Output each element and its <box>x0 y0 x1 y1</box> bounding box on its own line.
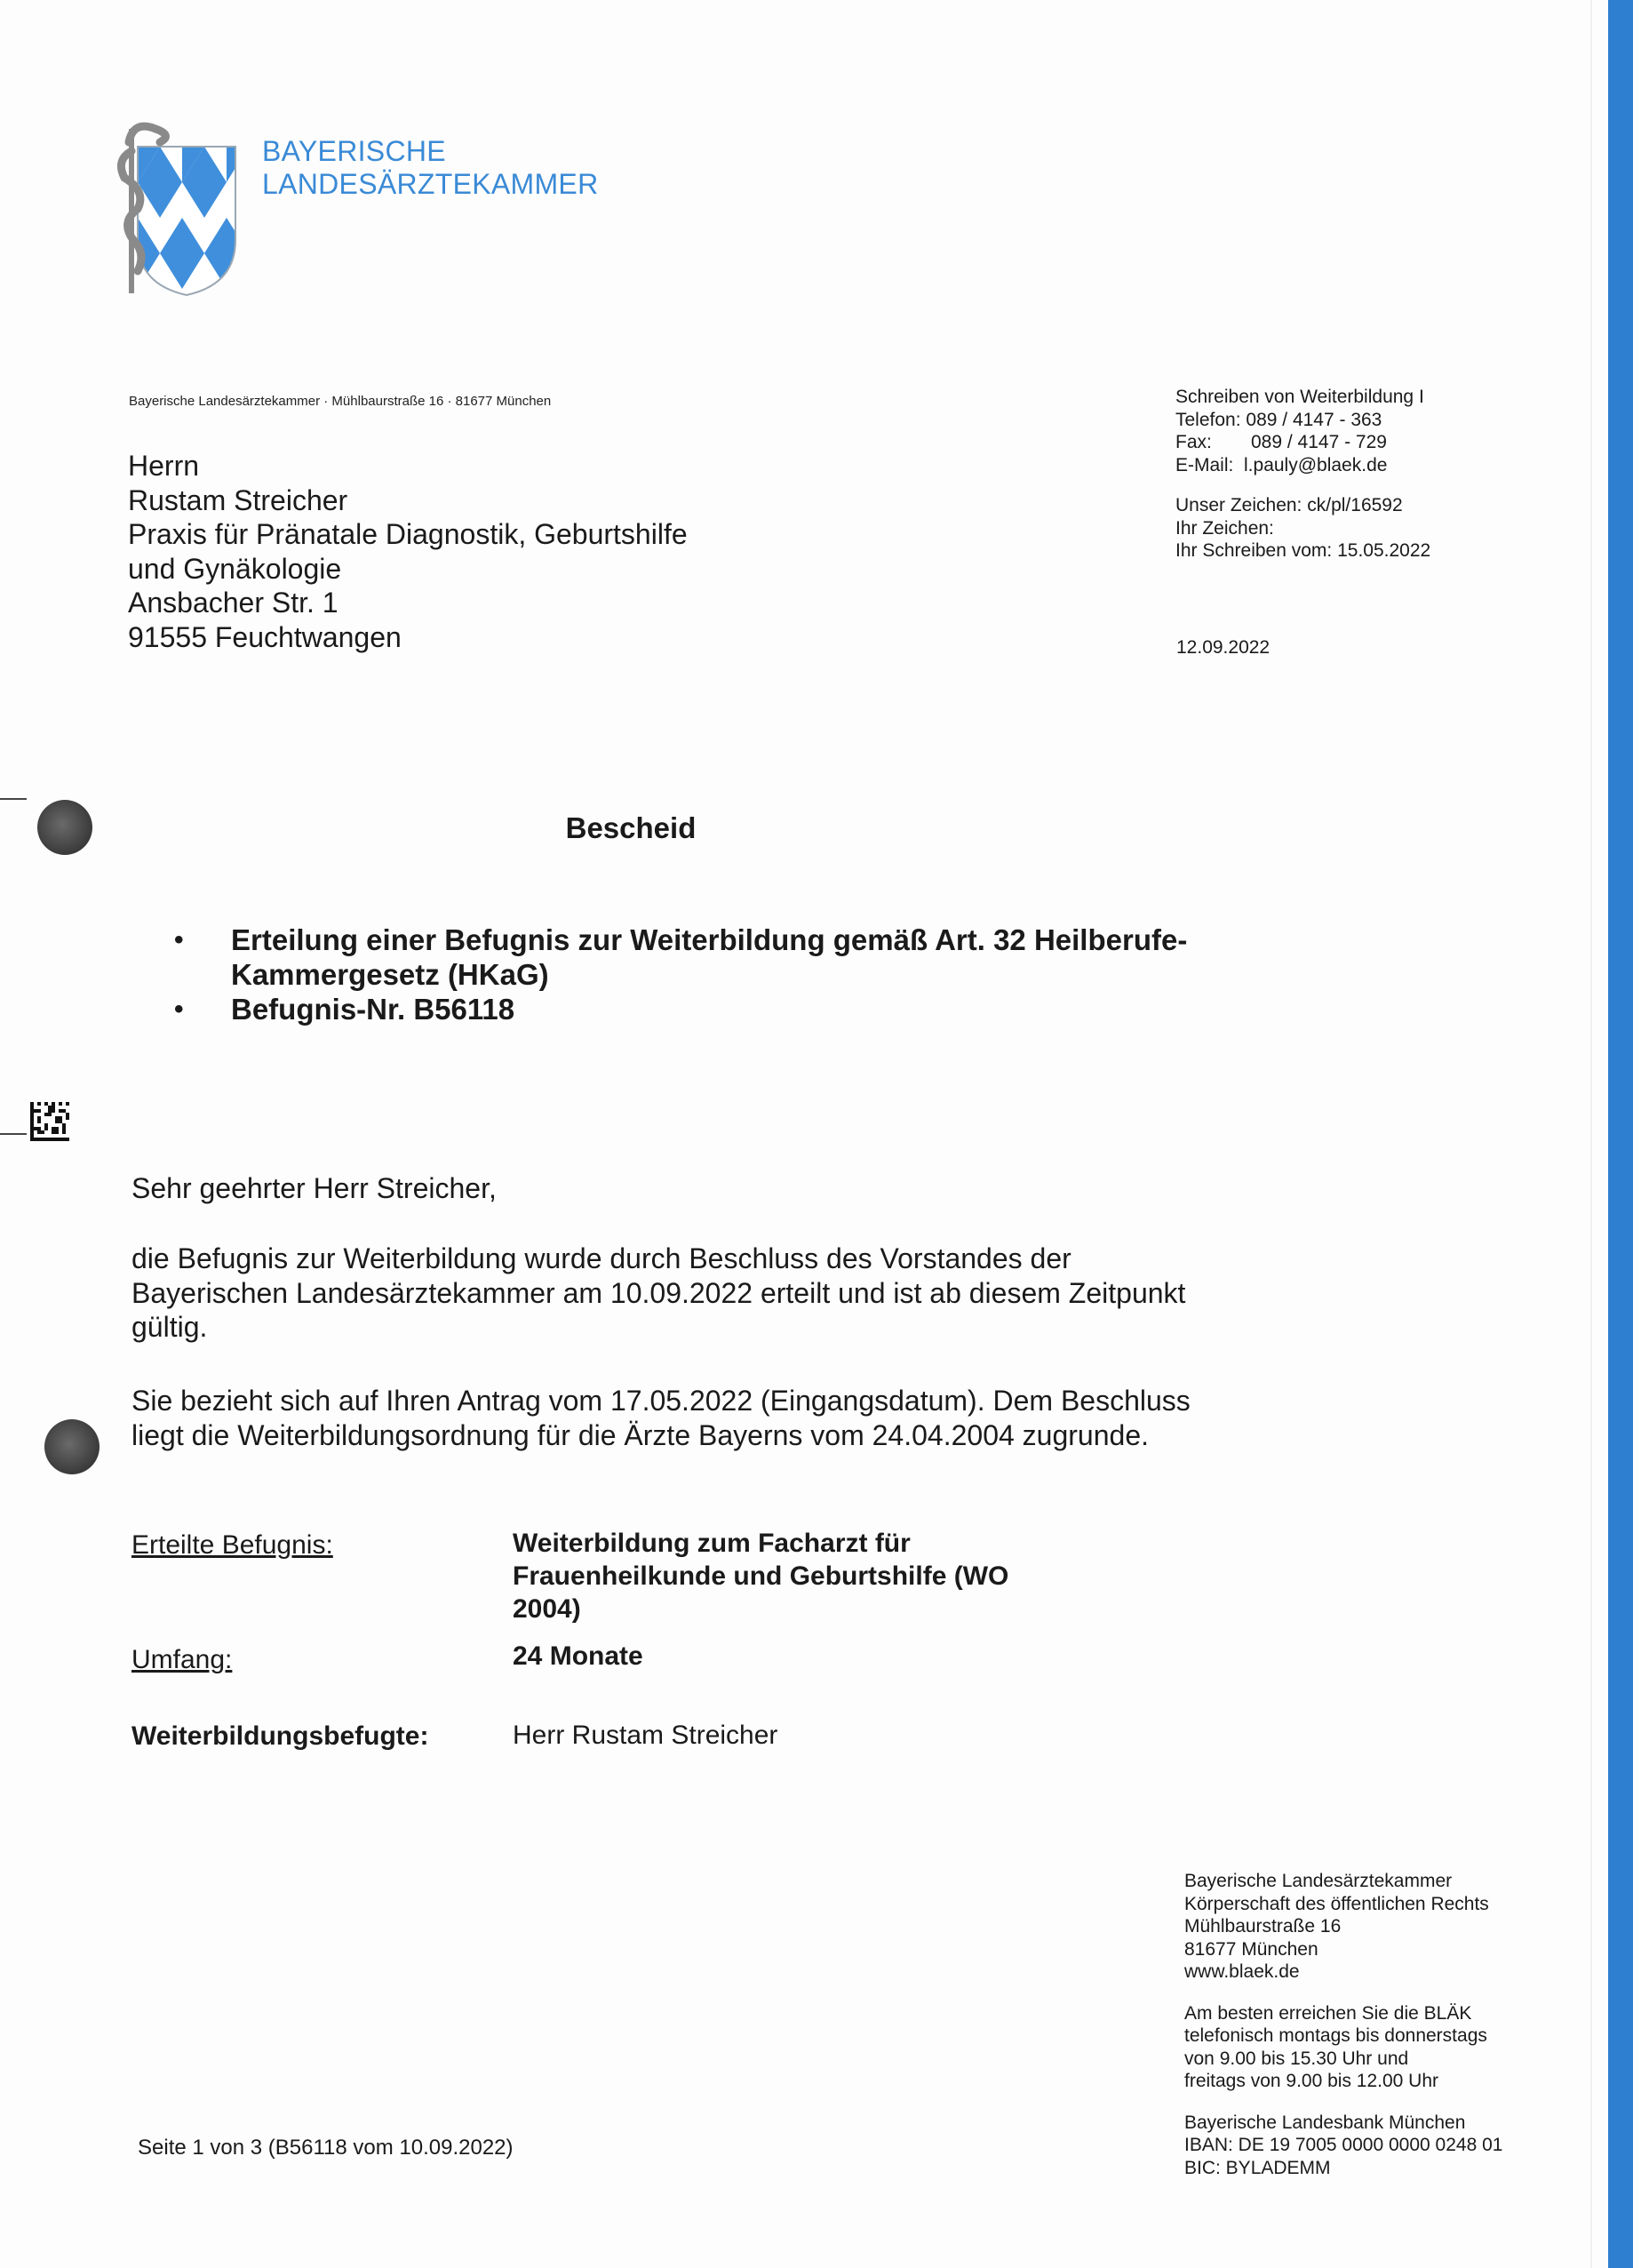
recipient-name: Rustam Streicher <box>128 483 688 518</box>
footer-org-name: Bayerische Landesärztekammer <box>1184 1870 1502 1893</box>
footer-website-link[interactable]: www.blaek.de <box>1184 1961 1502 1984</box>
detail-value: 24 Monate <box>513 1640 643 1673</box>
fax-value: 089 / 4147 - 729 <box>1251 432 1387 452</box>
footer-hours: freitags von 9.00 bis 12.00 Uhr <box>1184 2070 1502 2093</box>
org-name-line-1: BAYERISCHE <box>262 135 599 168</box>
detail-label: Umfang: <box>131 1645 232 1675</box>
body-paragraph: Sie bezieht sich auf Ihren Antrag vom 17… <box>131 1384 1198 1452</box>
footer-hours: Am besten erreichen Sie die BLÄK <box>1184 2002 1502 2025</box>
punch-hole <box>44 1419 100 1474</box>
detail-label: Weiterbildungsbefugte: <box>131 1721 428 1752</box>
your-letter-row: Ihr Schreiben vom: 15.05.2022 <box>1175 539 1430 563</box>
letterhead-org-name: BAYERISCHE LANDESÄRZTEKAMMER <box>262 135 599 201</box>
email-label: E-Mail: <box>1175 455 1233 475</box>
paper-edge <box>1590 0 1592 2268</box>
department: Schreiben von Weiterbildung I <box>1175 386 1430 409</box>
document-title: Bescheid <box>0 811 1262 845</box>
footer-street: Mühlbaurstraße 16 <box>1184 1915 1502 1938</box>
our-ref-row: Unser Zeichen: ck/pl/16592 <box>1175 494 1430 517</box>
email-link[interactable]: l.pauly@blaek.de <box>1244 455 1387 475</box>
return-address-line: Bayerische Landesärztekammer · Mühlbaurs… <box>129 394 551 409</box>
your-ref-row: Ihr Zeichen: <box>1175 517 1430 540</box>
recipient-street: Ansbacher Str. 1 <box>128 586 688 620</box>
detail-value: Weiterbildung zum Facharzt für Frauenhei… <box>513 1527 1046 1625</box>
salutation: Sehr geehrter Herr Streicher, <box>131 1171 1198 1206</box>
footer-info: Bayerische Landesärztekammer Körperschaf… <box>1184 1870 1502 2179</box>
detail-value: Herr Rustam Streicher <box>513 1719 777 1752</box>
footer-iban: IBAN: DE 19 7005 0000 0000 0248 01 <box>1184 2134 1502 2157</box>
your-letter-label: Ihr Schreiben vom: <box>1175 540 1332 561</box>
footer-hours: von 9.00 bis 15.30 Uhr und <box>1184 2048 1502 2071</box>
detail-label: Erteilte Befugnis: <box>131 1530 333 1561</box>
recipient-practice-cont: und Gynäkologie <box>128 552 688 587</box>
fax-label: Fax: <box>1175 431 1251 454</box>
datamatrix-code-icon <box>30 1102 69 1141</box>
subject-bullet: Erteilung einer Befugnis zur Weiterbildu… <box>174 922 1253 992</box>
subject-bullets: Erteilung einer Befugnis zur Weiterbildu… <box>174 922 1253 1026</box>
org-name-line-2: LANDESÄRZTEKAMMER <box>262 168 599 201</box>
fax-row: Fax:089 / 4147 - 729 <box>1175 431 1430 454</box>
your-ref-label: Ihr Zeichen: <box>1175 518 1274 539</box>
phone-value: 089 / 4147 - 363 <box>1246 410 1382 430</box>
footer-hours: telefonisch montags bis donnerstags <box>1184 2024 1502 2048</box>
recipient-city: 91555 Feuchtwangen <box>128 620 688 655</box>
folder-edge-strip <box>1608 0 1633 2268</box>
phone-row: Telefon: 089 / 4147 - 363 <box>1175 409 1430 432</box>
fold-mark <box>0 798 27 800</box>
fold-mark <box>0 1133 27 1135</box>
body-paragraph: die Befugnis zur Weiterbildung wurde dur… <box>131 1242 1198 1345</box>
our-ref-value: ck/pl/16592 <box>1307 495 1402 515</box>
recipient-address: Herrn Rustam Streicher Praxis für Pränat… <box>128 449 688 654</box>
footer-city: 81677 München <box>1184 1938 1502 1961</box>
footer-bic: BIC: BYLADEMM <box>1184 2157 1502 2180</box>
your-letter-date: 15.05.2022 <box>1337 540 1430 561</box>
page-info: Seite 1 von 3 (B56118 vom 10.09.2022) <box>138 2136 514 2160</box>
recipient-practice: Praxis für Pränatale Diagnostik, Geburts… <box>128 517 688 552</box>
subject-bullet: Befugnis-Nr. B56118 <box>174 992 1253 1026</box>
letter-date: 12.09.2022 <box>1176 637 1270 659</box>
coat-of-arms-icon <box>111 107 262 302</box>
footer-org-type: Körperschaft des öffentlichen Rechts <box>1184 1893 1502 1916</box>
our-ref-label: Unser Zeichen: <box>1175 495 1302 515</box>
contact-info-block: Schreiben von Weiterbildung I Telefon: 0… <box>1175 386 1430 563</box>
phone-label: Telefon: <box>1175 410 1241 430</box>
email-row: E-Mail: l.pauly@blaek.de <box>1175 454 1430 477</box>
footer-bank-name: Bayerische Landesbank München <box>1184 2112 1502 2135</box>
recipient-salutation: Herrn <box>128 449 688 483</box>
